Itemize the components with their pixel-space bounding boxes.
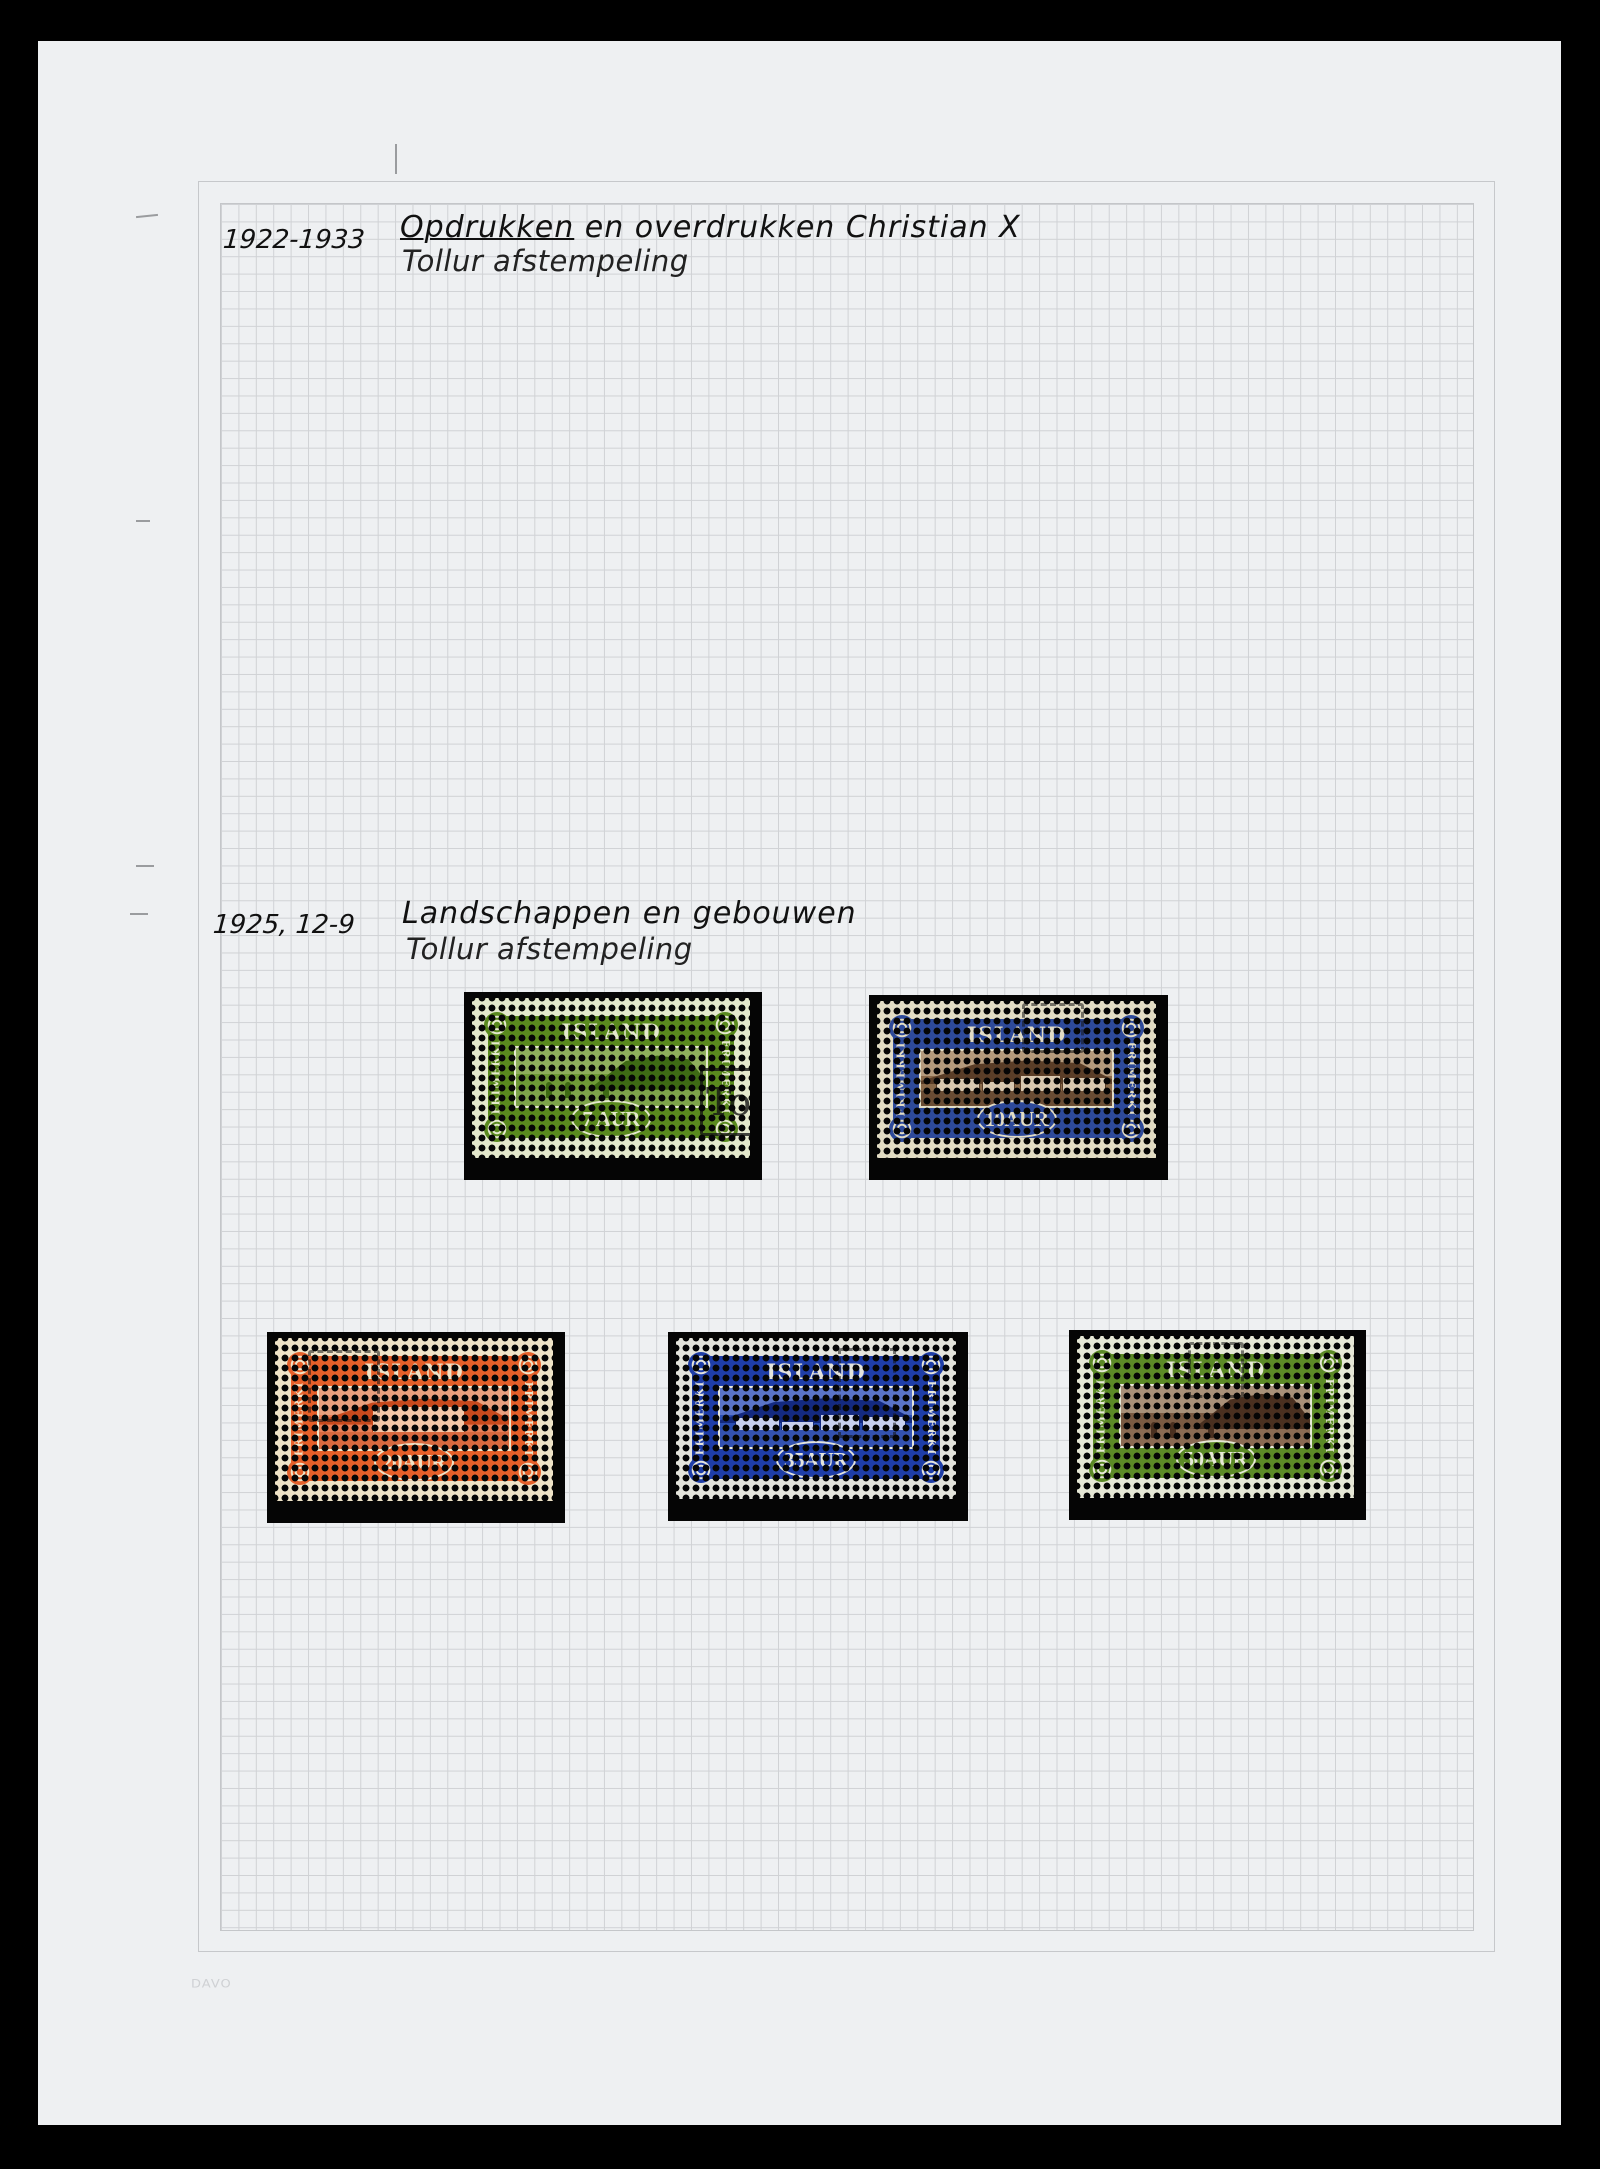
rosette-ornament-icon <box>484 1116 510 1142</box>
section-title: Opdrukken en overdrukken Christian X <box>400 210 1021 245</box>
stamp-side-text: FRIMERKI <box>894 1041 907 1116</box>
stamp-denomination: 50AUR <box>1176 1440 1256 1478</box>
stamp: ISLANDFRIMERKIFRIMERKI10AUR <box>877 1001 1156 1158</box>
stamp-mount: ISLANDFRIMERKIFRIMERKI35AUR <box>668 1332 968 1521</box>
stamp-frame: ISLANDFRIMERKIFRIMERKI35AUR <box>692 1356 940 1479</box>
stamp-frame: ISLANDFRIMERKIFRIMERKI7 AUR <box>488 1016 734 1138</box>
rosette-ornament-icon <box>889 1116 915 1142</box>
stamp-side-text: FRIMERKI <box>292 1381 305 1456</box>
album-imprint: DAVO <box>191 1978 232 1992</box>
graph-grid <box>220 203 1474 1931</box>
registration-mark <box>395 144 397 174</box>
stamp-mount: ISLANDFRIMERKIFRIMERKI10AUR <box>869 995 1168 1180</box>
rosette-ornament-icon <box>688 1352 714 1378</box>
stamp-mount: ISLANDFRIMERKIFRIMERKI7 AURTo <box>464 992 762 1180</box>
cancellation-mark: To <box>700 1068 758 1136</box>
section-subtitle: Tollur afstempeling <box>406 932 693 966</box>
rosette-ornament-icon <box>515 1352 541 1378</box>
rosette-ornament-icon <box>1316 1350 1342 1376</box>
section-title: Landschappen en gebouwen <box>402 896 857 931</box>
section-title-rest: en overdrukken Christian X <box>574 210 1020 245</box>
stamp: ISLANDFRIMERKIFRIMERKI35AUR <box>676 1338 956 1499</box>
stamp-mount: ISLANDFRIMERKIFRIMERKI50AUR <box>1069 1330 1366 1520</box>
rosette-ornament-icon <box>1316 1456 1342 1482</box>
rosette-ornament-icon <box>287 1459 313 1485</box>
section-title-first-word: Opdrukken <box>400 210 574 245</box>
cancellation-mark <box>838 1348 896 1438</box>
section-date: 1925, 12-9 <box>212 910 356 940</box>
rosette-ornament-icon <box>515 1459 541 1485</box>
stamp-denomination: 7 AUR <box>571 1100 651 1138</box>
stamp-vignette-coast-cliff <box>514 1046 708 1108</box>
album-page: DAVO <box>38 41 1561 2125</box>
rosette-ornament-icon <box>1118 1116 1144 1142</box>
margin-tick <box>136 865 154 867</box>
rosette-ornament-icon <box>712 1012 738 1038</box>
cancellation-mark <box>308 1350 380 1422</box>
rosette-ornament-icon <box>1089 1350 1115 1376</box>
stamp-side-text: FRIMERKI <box>1094 1379 1107 1454</box>
rosette-ornament-icon <box>484 1012 510 1038</box>
rosette-ornament-icon <box>889 1015 915 1041</box>
rosette-ornament-icon <box>1089 1456 1115 1482</box>
rosette-ornament-icon <box>688 1457 714 1483</box>
stamp-side-text: FRIMERKI <box>926 1380 939 1455</box>
stamp-side-text: FRIMERKI <box>1324 1379 1337 1454</box>
rosette-ornament-icon <box>1118 1015 1144 1041</box>
stamp-frame: ISLANDFRIMERKIFRIMERKI10AUR <box>893 1019 1140 1138</box>
stamp-mount: ISLANDFRIMERKIFRIMERKI20AUR <box>267 1332 565 1523</box>
stamp-denomination: 10AUR <box>977 1100 1057 1138</box>
section-subtitle: Tollur afstempeling <box>402 244 689 278</box>
margin-tick <box>136 520 150 522</box>
stamp: ISLANDFRIMERKIFRIMERKI50AUR <box>1077 1336 1354 1498</box>
rosette-ornament-icon <box>918 1457 944 1483</box>
stamp-side-text: FRIMERKI <box>693 1380 706 1455</box>
cancellation-mark <box>1188 1342 1244 1398</box>
stamp: ISLANDFRIMERKIFRIMERKI20AUR <box>275 1338 553 1501</box>
margin-arrow-mark <box>136 214 158 218</box>
stamp-denomination: 35AUR <box>776 1441 856 1479</box>
stamp-side-text: FRIMERKI <box>489 1040 502 1115</box>
stamp-side-text: FRIMERKI <box>523 1381 536 1456</box>
stamp: ISLANDFRIMERKIFRIMERKI7 AURTo <box>472 998 750 1158</box>
cancellation-mark <box>1022 1003 1084 1053</box>
stamp-denomination: 20AUR <box>374 1443 454 1481</box>
stamp-side-text: FRIMERKI <box>1126 1041 1139 1116</box>
margin-tick <box>130 913 148 915</box>
section-date: 1922-1933 <box>222 225 366 255</box>
rosette-ornament-icon <box>918 1352 944 1378</box>
stamp-country: ISLAND <box>561 1019 660 1044</box>
